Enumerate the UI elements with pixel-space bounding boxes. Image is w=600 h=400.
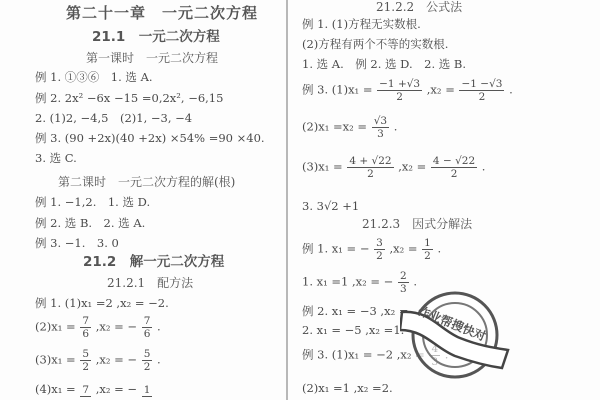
text: .: [394, 120, 398, 134]
numerator: 5: [142, 348, 153, 361]
answer-line: (2)方程有两个不等的实数根.: [302, 37, 448, 51]
text: .: [438, 242, 442, 256]
numerator: 7: [80, 315, 91, 328]
text: .: [157, 320, 161, 334]
fraction: 32: [374, 237, 385, 262]
text: .: [482, 160, 486, 174]
fraction: 4 − √222: [431, 155, 477, 180]
text: .: [413, 275, 417, 289]
numerator: 1: [422, 237, 433, 250]
fraction: 76: [142, 315, 153, 340]
text: .: [157, 353, 161, 367]
text: (4)x₁ =: [35, 382, 76, 396]
answer-line: 例 3. (90 +2x)(40 +2x) ×54% =90 ×40.: [35, 131, 265, 145]
denominator: 2: [422, 250, 433, 262]
denominator: 2: [80, 361, 91, 373]
fraction: 7: [80, 384, 91, 397]
lesson-title-2: 第二课时 一元二次方程的解(根): [58, 175, 235, 189]
numerator: 5: [80, 348, 91, 361]
answer-line-fraction: (3)x₁ = 4 + √222 ,x₂ = 4 − √222 .: [302, 155, 485, 180]
answer-line: 2. x₁ = −5 ,x₂ =1.: [302, 323, 404, 337]
denominator: 2: [374, 250, 385, 262]
lesson-title-1: 第一课时 一元二次方程: [86, 51, 218, 65]
fraction: 76: [80, 315, 91, 340]
denominator: 6: [80, 328, 91, 340]
answer-line: 例 1. −1,2. 1. 选 D.: [35, 195, 150, 209]
denominator: 3: [375, 128, 386, 140]
numerator: 4 − √22: [431, 155, 477, 168]
text: 1. x₁ =1 ,x₂ = −: [302, 275, 393, 289]
answer-line: 例 2. 2x² −6x −15 =0,2x², −6,15: [35, 91, 223, 105]
numerator: 2: [398, 270, 409, 283]
answer-line: (2)x₁ =1 ,x₂ =2.: [302, 381, 393, 395]
answer-line-fraction: (2)x₁ = 76 ,x₂ = − 76 .: [35, 315, 161, 340]
answer-line: 例 2. x₁ = −3 ,x₂ =: [302, 304, 408, 318]
answer-line-fraction: (3)x₁ = 52 ,x₂ = − 52 .: [35, 348, 161, 373]
answer-line-fraction: 例 1. x₁ = − 32 ,x₂ = 12 .: [302, 237, 441, 262]
answer-line: 3. 选 C.: [35, 151, 77, 165]
denominator: 2: [394, 91, 405, 103]
text: ,x₂ =: [398, 160, 426, 174]
fraction: −1 −√32: [459, 78, 504, 103]
answer-line-fraction: (4)x₁ = 7 ,x₂ = − 1: [35, 382, 153, 397]
fraction: −1 +√32: [377, 78, 422, 103]
fraction: √33: [372, 115, 389, 140]
answer-line: 例 1. (1)x₁ =2 ,x₂ = −2.: [35, 296, 169, 310]
text: ,x₂ = −: [96, 382, 137, 396]
denominator: 2: [449, 168, 460, 180]
answer-line: 2. (1)2, −4,5 (2)1, −3, −4: [35, 111, 192, 125]
denominator: 2: [142, 361, 153, 373]
numerator: −1 +√3: [377, 78, 422, 91]
answer-line: 1. 选 A. 例 2. 选 D. 2. 选 B.: [302, 57, 466, 71]
chapter-title: 第二十一章 一元二次方程: [66, 6, 258, 20]
numerator: 4 + √22: [347, 155, 393, 168]
text: ,x₂ = −: [96, 353, 137, 367]
answer-line: 例 3. −1. 3. 0: [35, 236, 119, 250]
numerator: 7: [142, 315, 153, 328]
text: ,x₂ =: [427, 83, 455, 97]
text: 例 3. (1)x₁ =: [302, 83, 372, 97]
section-title-21-1: 21.1 一元二次方程: [92, 30, 220, 44]
text: (2)x₁ =: [35, 320, 76, 334]
text: (3)x₁ =: [302, 160, 343, 174]
fraction: 1: [142, 384, 153, 397]
fraction: 52: [142, 348, 153, 373]
watermark-stamp: 作业帮搜快对: [400, 290, 500, 380]
page-divider: [286, 0, 288, 400]
textbook-answer-page: 第二十一章 一元二次方程 21.1 一元二次方程 第一课时 一元二次方程 例 1…: [0, 0, 600, 400]
subsection-title-21-2-1: 21.2.1 配方法: [107, 276, 193, 290]
fraction: 4 + √222: [347, 155, 393, 180]
denominator: 2: [365, 168, 376, 180]
text: ,x₂ =: [389, 242, 417, 256]
section-title-21-2: 21.2 解一元二次方程: [83, 255, 224, 269]
text: (3)x₁ =: [35, 353, 76, 367]
stamp-icon: 作业帮搜快对: [400, 290, 510, 380]
subsection-title-21-2-3: 21.2.3 因式分解法: [362, 217, 472, 231]
text: .: [509, 83, 513, 97]
numerator: 1: [142, 384, 153, 397]
numerator: 3: [374, 237, 385, 250]
answer-line-fraction: (2)x₁ =x₂ = √33 .: [302, 115, 397, 140]
subsection-title-21-2-2: 21.2.2 公式法: [376, 0, 462, 14]
numerator: 7: [80, 384, 91, 397]
fraction: 12: [422, 237, 433, 262]
text: 例 1. x₁ = −: [302, 242, 369, 256]
answer-line: 例 1. ①③⑥ 1. 选 A.: [35, 70, 153, 84]
text: ,x₂ = −: [96, 320, 137, 334]
fraction: 52: [80, 348, 91, 373]
text: (2)x₁ =x₂ =: [302, 120, 367, 134]
answer-line: 例 2. 选 B. 2. 选 A.: [35, 216, 145, 230]
answer-line-fraction: 例 3. (1)x₁ = −1 +√32 ,x₂ = −1 −√32 .: [302, 78, 513, 103]
denominator: 6: [142, 328, 153, 340]
numerator: −1 −√3: [459, 78, 504, 91]
denominator: 2: [477, 91, 488, 103]
answer-line: 例 1. (1)方程无实数根.: [302, 17, 421, 31]
numerator: √3: [372, 115, 389, 128]
answer-line: 3. 3√2 +1: [302, 199, 359, 213]
